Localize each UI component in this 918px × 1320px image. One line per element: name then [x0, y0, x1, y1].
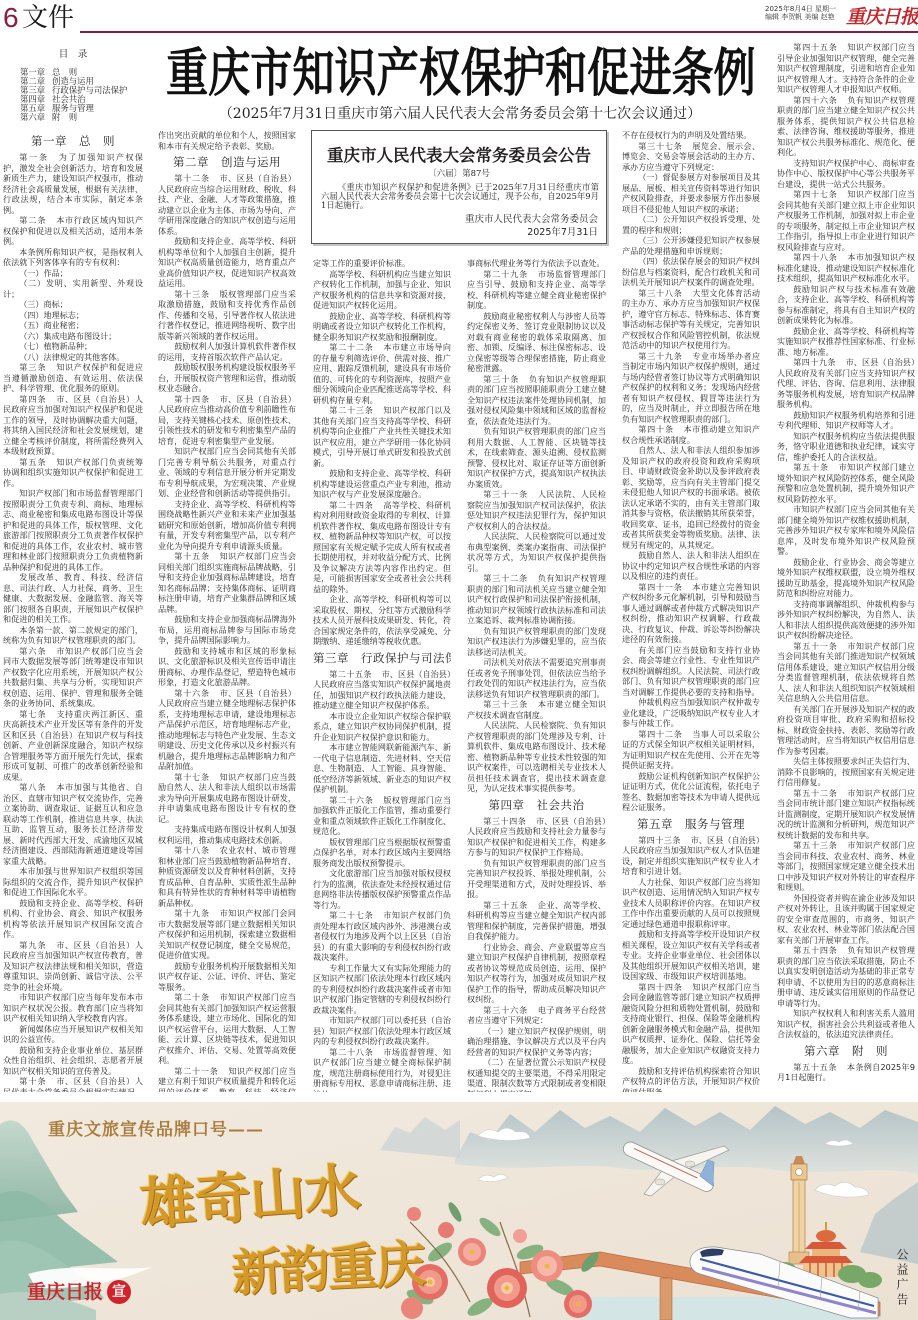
clause-paragraph: （六）集成电路布图设计； — [3, 331, 143, 342]
clause-paragraph: 本市设立企业知识产权综合保护联系点，建立知识产权协同保护机制，提升企业知识产权保… — [313, 711, 451, 743]
article-number: 第一条 — [19, 152, 49, 162]
brand-badge-icon: 宣 — [107, 1280, 131, 1304]
clause-paragraph: 自然人、法人和非法人组织参加涉及知识产权的政府投资和政府采购项目、申请财政资金补… — [622, 445, 760, 550]
article-number: 第二十八条 — [329, 1047, 374, 1057]
clause-paragraph: 市知识产权部门应当每年发布本市知识产权状况公报。教育部门应当将知识产权相关知识纳… — [3, 992, 143, 1024]
article-number: 第三十七条 — [638, 141, 683, 151]
clause-paragraph: 行业协会、商会、产业联盟等应当建立知识产权保护自律机制，按照章程或者协议等规范成… — [467, 942, 606, 1005]
clause-paragraph: （一）建立知识产权保护规则，明确治理措施、争议解决方式以及平台内经营者的知识产权… — [467, 1026, 606, 1058]
clause-paragraph: 仲裁机构应当加强知识产权仲裁专业化建设，广泛吸纳知识产权专业人才参与仲裁工作。 — [622, 697, 760, 729]
slogan-calligraphy-line-2: 新韵重庆 — [231, 1238, 425, 1300]
article-paragraph: 第五条知识产权部门负责统筹协调和组织实施知识产权保护和促进工作。 — [3, 457, 143, 489]
article-number: 第四十九条 — [793, 357, 836, 367]
article-number: 第九条 — [19, 940, 46, 950]
article-number: 第二十四条 — [329, 500, 374, 510]
article-number: 第四十五条 — [793, 42, 838, 52]
article-paragraph: 第三十七条展览会、展示会、博览会、交易会等展会活动的主办方、承办方应当遵守下列规… — [622, 141, 760, 173]
toc-chapter-title: 附 则 — [52, 112, 77, 122]
chapter-heading: 第二章 创造与运用 — [158, 151, 296, 173]
continued-paragraph: 定等工作的重要评价标准。 — [313, 258, 451, 269]
article-text: 专业市场举办者应当制定市场内知识产权保护规则，通过与场内经营者签订协议等方式明确… — [622, 351, 760, 424]
article-number: 第十六条 — [174, 688, 210, 698]
article-paragraph: 第三十四条市、区县（自治县）人民政府应当鼓励和支持社会力量参与知识产权保护和促进… — [467, 816, 606, 858]
article-text: 市知识产权部门应当会同其他有关部门加强知识产权运营服务体系建设，建立市场化、国际… — [158, 992, 296, 1065]
article-number: 第八条 — [19, 782, 46, 792]
article-number: 第三条 — [19, 362, 46, 372]
article-paragraph: 第三十九条专业市场举办者应当制定市场内知识产权保护规则，通过与场内经营者签订协议… — [622, 351, 760, 425]
clause-paragraph: （四）依法保存展会的知识产权纠纷信息与档案资料，配合行政机关和司法机关开展知识产… — [622, 256, 760, 288]
article-number: 第五十三条 — [793, 840, 838, 850]
clause-paragraph: 鼓励商业秘密权利人与涉密人员等约定保密义务、签订竞业限制协议以及对载有商业秘密的… — [467, 311, 606, 374]
clause-paragraph: 知识产权服务机构应当依法提供服务，恪守职业道德和执业纪律，诚实守信，维护委托人的… — [777, 431, 915, 463]
clause-paragraph: （一）作品； — [3, 268, 143, 279]
masthead-logo: 重庆日报 — [846, 4, 918, 30]
clause-paragraph: （七）植物新品种； — [3, 341, 143, 352]
article-number: 第二十六条 — [329, 795, 374, 805]
article-paragraph: 第四十九条市、区县（自治县）人民政府及有关部门应当支持知识产权代理、评估、咨询、… — [777, 357, 915, 410]
article-number: 第四条 — [19, 394, 46, 404]
article-paragraph: 第二十九条市场监督管理部门应当引导、鼓励和支持企业、高等学校、科研机构等建立健全… — [467, 269, 606, 311]
article-number: 第七条 — [19, 709, 46, 719]
section-name: 文件 — [22, 4, 74, 32]
article-paragraph: 第十二条市、区县（自治县）人民政府应当综合运用财政、税收、科技、产业、金融、人才… — [158, 173, 296, 236]
article-text: 支持重庆两江新区、重庆高新技术产业开发区等有条件的开发区和区县（自治县）在知识产… — [3, 709, 143, 782]
clause-paragraph: 市知识产权部门应当会同其他有关部门健全境外知识产权维权援助机制，完善涉外知识产权… — [777, 504, 915, 557]
clause-paragraph: 人民法院、人民检察院、负有知识产权管理职责的部门处理涉及专利、计算机软件、集成电… — [467, 720, 606, 794]
clause-paragraph: 新闻媒体应当开展知识产权相关知识的公益宣传。 — [3, 1024, 143, 1045]
article-paragraph: 第二十五条市、区县（自治县）人民政府应当落实知识产权保护属地责任，加强知识产权行… — [313, 669, 451, 711]
article-number: 第十八条 — [174, 845, 210, 855]
clause-paragraph: 鼓励和支持企业加强商标品牌海外布局，运用商标品牌参与国际市场竞争，提升品牌国际影… — [158, 614, 296, 646]
clause-paragraph: 支持知识产权保护中心、商标审查协作中心、版权保护中心等公共服务平台建设，提供一站… — [777, 158, 915, 190]
clause-paragraph: 发展改革、教育、科技、经济信息、司法行政、人力社保、商务、卫生健康、大数据发展、… — [3, 572, 143, 625]
ad-label: 公益广告 — [894, 1248, 911, 1308]
article-paragraph: 第二十六条版权管理部门应当加强软件正版化工作监管，推动重要行业和重点领域软件正版… — [313, 795, 451, 837]
article-paragraph: 第三十一条人民法院、人民检察院应当加强知识产权司法保护，依法惩处知识产权违法犯罪… — [467, 489, 606, 531]
article-number: 第六条 — [19, 646, 46, 656]
clause-paragraph: （八）法律规定的其他客体。 — [3, 352, 143, 363]
article-paragraph: 第十五条知识产权部门应当会同相关部门组织实施商标品牌战略，引导和支持企业加强商标… — [158, 551, 296, 614]
clause-paragraph: 有关部门在开展涉及知识产权的政府投资项目审批、政府采购和招标投标、财政资金扶持、… — [777, 704, 915, 757]
article-number: 第十七条 — [174, 772, 210, 782]
article-paragraph: 第五十二条市知识产权部门应当会同市统计部门建立知识产权指标统计监测制度，定期开展… — [777, 788, 915, 841]
article-paragraph: 第四十条本市推动建立知识产权合规性承诺制度。 — [622, 424, 760, 445]
chapter-heading: 第六章 附 则 — [777, 1040, 915, 1062]
text-column-6: 第四十五条知识产权部门应当引导企业加强知识产权管理，健全完善知识产权管理制度，引… — [777, 42, 915, 1092]
clause-paragraph: 专利工作量大又有实际处理能力的区知识产权部门依法处理本行政区域内的专利侵权纠纷行… — [313, 963, 451, 1016]
article-paragraph: 第二十二条本市建立市场导向的存量专利筛选评价、供需对接、推广应用、跟踪反馈机制，… — [313, 342, 451, 405]
article-paragraph: 第十条市、区县（自治县）人民代表大会常务委员会根据实际情况，采取听取和审议专项工… — [3, 1076, 143, 1092]
article-paragraph: 第四十二条当事人可以采取公证的方式保全知识产权相关证明材料，为证明知识产权在先使… — [622, 729, 760, 771]
article-paragraph: 第十四条市、区县（自治县）人民政府应当推动高价值专利前瞻性布局，支持关键核心技术… — [158, 394, 296, 447]
clause-paragraph: 鼓励知识产权服务机构培养和引进专利代理师、知识产权师等人才。 — [777, 410, 915, 431]
clause-paragraph: 支持商事调解组织、仲裁机构参与涉外知识产权纠纷解决，为自然人、法人和非法人组织提… — [777, 599, 915, 641]
chapter-heading: 第五章 服务与管理 — [622, 813, 760, 835]
clause-paragraph: 鼓励和支持高等学校开设知识产权相关课程，设立知识产权有关学科或者专业。支持企业事… — [622, 929, 760, 982]
clause-paragraph: 知识产权部门和市场监督管理部门按照职责分工负责专利、商标、地理标志、商业秘密和集… — [3, 488, 143, 572]
article-paragraph: 第十七条知识产权部门应当鼓励自然人、法人和非法人组织以市场需求为导向开展集成电路… — [158, 772, 296, 825]
clause-paragraph: （三）公开涉嫌侵犯知识产权参展产品的处理措施和申诉规则； — [622, 235, 760, 256]
chapter-heading: 第三章 行政保护与司法保护 — [313, 647, 451, 669]
article-paragraph: 第三十二条负有知识产权管理职责的部门和司法机关应当建立健全知识产权行政保护和司法… — [467, 573, 606, 626]
announcement-body: 《重庆市知识产权保护和促进条例》已于2025年7月31日经重庆市第六届人民代表大… — [321, 183, 599, 210]
article-paragraph: 第十六条市、区县（自治县）人民政府应当建立健全地理标志保护体系，支持地理标志申请… — [158, 688, 296, 772]
article-paragraph: 第一条为了加强知识产权保护，激发全社会创新活力，培育和发展新质生产力，建设知识产… — [3, 152, 143, 215]
article-paragraph: 第十九条市知识产权部门会同市大数据发展等部门建立数据相关知识产权保护和运用机制，… — [158, 908, 296, 961]
announcement-box: 重庆市人民代表大会常务委员会公告 〔六届〕第87号 《重庆市知识产权保护和促进条… — [311, 130, 607, 244]
issue-date: 2025年8月4日 星期一 — [765, 5, 847, 13]
clause-paragraph: 鼓励企业、高等学校、科研机构等实施知识产权推荐性国家标准、行业标准、地方标准。 — [777, 326, 915, 358]
article-paragraph: 第二十条市知识产权部门应当会同其他有关部门加强知识产权运营服务体系建设，建立市场… — [158, 992, 296, 1066]
text-column-5: 不存在侵权行为的声明及处置结果。第三十七条展览会、展示会、博览会、交易会等展会活… — [622, 130, 760, 1092]
toc-heading: 目 录 — [3, 48, 143, 61]
article-paragraph: 第四条市、区县（自治县）人民政府应当加强对知识产权保护和促进工作的领导，及时协调… — [3, 394, 143, 457]
header-rule — [80, 31, 918, 33]
article-paragraph: 第三十条负有知识产权管理职责的部门应当按照职能职责分工建立健全知识产权违法案件处… — [467, 374, 606, 427]
chapter-heading: 第四章 社会共治 — [467, 794, 606, 816]
clause-paragraph: （五）商业秘密； — [3, 320, 143, 331]
article-paragraph: 第三十八条大型文化体育活动的主办方、承办方应当加强知识产权保护，遵守官方标志、特… — [622, 288, 760, 351]
article-paragraph: 第四十三条市、区县（自治县）人民政府应当加强知识产权人才队伍建设，制定并组织实施… — [622, 835, 760, 877]
clause-paragraph: 人力社保、知识产权部门应当将知识产权创造、运用情况纳入知识产权专业技术人员职称评… — [622, 877, 760, 930]
clause-paragraph: 人民法院、人民检察院可以通过发布典型案例、类案办案指南、司法保护状况等方式，为知… — [467, 531, 606, 573]
article-paragraph: 第二条本市行政区域内知识产权保护和促进以及相关活动，适用本条例。 — [3, 215, 143, 247]
article-number: 第四十四条 — [638, 982, 683, 992]
page-title: 重庆市知识产权保护和促进条例 — [166, 46, 765, 102]
article-number: 第五十四条 — [793, 945, 838, 955]
clause-paragraph: 支持企业、高等学校、科研机构等围绕战略性新兴产业和未来产业加强基础研究和原始创新… — [158, 499, 296, 552]
clause-paragraph: 负有知识产权管理职责的部门应当完善知识产权投诉、举报处理机制，公开受理渠道和方式… — [467, 858, 606, 900]
clause-paragraph: 鼓励企业、高等学校、科研机构等明确或者设立知识产权转化工作机构，健全职务知识产权… — [313, 311, 451, 343]
announcement-issuer: 重庆市人民代表大会常务委员会 — [465, 214, 598, 225]
clause-paragraph: 鼓励和支持城市和区域的形象标识、文化旅游标识及相关宣传语申请注册商标、办理作品登… — [158, 646, 296, 688]
article-number: 第三十条 — [483, 374, 519, 384]
article-number: 第二条 — [19, 215, 46, 225]
article-number: 第四十六条 — [793, 95, 838, 105]
continued-paragraph: 作出突出贡献的单位和个人，按照国家和本市有关规定给予表彰、奖励。 — [158, 130, 296, 151]
text-column-2: 作出突出贡献的单位和个人，按照国家和本市有关规定给予表彰、奖励。第二章 创造与运… — [158, 130, 296, 1092]
article-number: 第四十二条 — [638, 729, 683, 739]
article-number: 第四十条 — [638, 424, 674, 434]
article-number: 第四十一条 — [638, 582, 683, 592]
article-paragraph: 第八条本市加强与其他省、自治区、直辖市知识产权交流协作，完善立案协助、调查取证、… — [3, 782, 143, 866]
article-paragraph: 第七条支持重庆两江新区、重庆高新技术产业开发区等有条件的开发区和区县（自治县）在… — [3, 709, 143, 783]
clause-paragraph: （二）发明、实用新型、外观设计； — [3, 278, 143, 299]
clause-paragraph: 司法机关对依法不需要追究刑事责任或者免予刑事处罚，但依法应当给予行政处罚的知识产… — [467, 657, 606, 699]
article-number: 第三十九条 — [638, 351, 683, 361]
continued-paragraph: 不存在侵权行为的声明及处置结果。 — [622, 130, 760, 141]
clause-paragraph: 文化旅游部门应当加强对版权侵权行为的监测，依法查处未经授权通过信息网络非法传播版… — [313, 868, 451, 910]
article-number: 第十二条 — [174, 173, 210, 183]
article-number: 第五十条 — [793, 462, 829, 472]
clause-paragraph: （一）督促参展方对参展项目及其展品、展板、相关宣传资料等进行知识产权风险排查，并… — [622, 172, 760, 214]
article-paragraph: 第四十八条本市加强知识产权标准化建设，推动建设知识产权标准化技术组织，提高知识产… — [777, 252, 915, 284]
announcement-number: 〔六届〕第87号 — [312, 169, 606, 179]
article-text: 本市加强与其他省、自治区、直辖市知识产权交流协作，完善立案协助、调查取证、证据互… — [3, 782, 143, 866]
continued-paragraph: 事商标代理业务等行为依法予以查处。 — [467, 258, 606, 269]
article-number: 第四十八条 — [793, 252, 838, 262]
article-paragraph: 第三条知识产权保护和促进应当遵循激励创造、有效运用、依法保护、科学管理、优化服务… — [3, 362, 143, 394]
clause-paragraph: 本市建立智能网联新能源汽车、新一代电子信息制造、先进材料、空天信息、生物制造、人… — [313, 742, 451, 795]
article-number: 第四十七条 — [793, 189, 838, 199]
article-paragraph: 第十三条版权管理部门应当采取激励措施，鼓励和支持优秀作品创作、传播和交易，引导著… — [158, 289, 296, 342]
clause-paragraph: 市知识产权部门可以委托县（自治县）知识产权部门依法处理本行政区域内的专利侵权纠纷… — [313, 1015, 451, 1047]
clause-paragraph: 版权管理部门应当根据版权预警重点保护名单，对本行政区域内主要网络服务商发出版权预… — [313, 837, 451, 869]
article-number: 第二十七条 — [329, 910, 374, 920]
article-text: 市、区县（自治县）人民政府应当建立健全地理标志保护体系，支持地理标志申请，建设地… — [158, 688, 296, 772]
slogan-label: 重庆文旅宣传品牌口号—— — [48, 1120, 264, 1140]
article-paragraph: 第四十六条负有知识产权管理职责的部门应当建立健全知识产权公共服务体系，提供知识产… — [777, 95, 915, 158]
article-text: 知识产权部门应当会同金融监管等部门建立知识产权质押融资风险分担和质物处置机制，鼓… — [622, 982, 760, 1066]
article-number: 第十五条 — [174, 551, 210, 561]
article-number: 第三十五条 — [483, 900, 528, 910]
clause-paragraph: 知识产权部门应当会同其他有关部门完善专利导航公共服务，对重点行业、领域的专利信息… — [158, 446, 296, 499]
article-paragraph: 第六条市知识产权部门应当会同市大数据发展等部门统筹建设市知识产权数字化应用系统，… — [3, 646, 143, 709]
clause-paragraph: 鼓励和支持企业、高等学校、科研机构、行业协会、商会、知识产权服务机构等依法开展知… — [3, 898, 143, 940]
article-paragraph: 第四十一条本市建立完善知识产权纠纷多元化解机制，引导和鼓励当事人通过调解或者仲裁… — [622, 582, 760, 645]
clause-paragraph: 支持集成电路布图设计权利人加强权利运用，推动集成电路技术创新。 — [158, 824, 296, 845]
clause-paragraph: 本条例所称知识产权，是指权利人依法就下列客体享有的专有权利： — [3, 247, 143, 268]
article-number: 第三十六条 — [483, 1005, 528, 1015]
clause-paragraph: 知识产权权利人和利害关系人滥用知识产权，损害社会公共利益或者他人合法权益的，依法… — [777, 1008, 915, 1040]
text-column-1: 第一章 总 则第一条为了加强知识产权保护，激发全社会创新活力，培育和发展新质生产… — [3, 130, 143, 1092]
page-subtitle: （2025年7月31日重庆市第六届人民代表大会常务委员会第十七次会议通过） — [150, 105, 770, 123]
article-number: 第二十九条 — [483, 269, 528, 279]
article-number: 第三十一条 — [483, 489, 528, 499]
article-number: 第十三条 — [174, 289, 210, 299]
page-number: 6 — [3, 3, 19, 33]
article-paragraph: 第五十五条本条例自2025年9月1日起施行。 — [777, 1062, 915, 1083]
article-paragraph: 第九条市、区县（自治县）人民政府应当加强知识产权宣传教育，普及知识产权法律法规和… — [3, 940, 143, 993]
clause-paragraph: 鼓励公证机构创新知识产权保护公证证明方式，优化公证流程，依托电子签名、数据加密等… — [622, 771, 760, 813]
article-number: 第五十二条 — [793, 788, 838, 798]
clause-paragraph: 本市加强与世界知识产权组织等国际组织的交流合作，提升知识产权保护和促进工作国际化… — [3, 866, 143, 898]
article-number: 第二十二条 — [329, 342, 374, 352]
public-service-ad-banner: 重庆文旅宣传品牌口号—— 雄奇山水 新韵重庆 重庆日报宣 公益广告 — [0, 1102, 918, 1320]
article-paragraph: 第二十一条知识产权部门应当建立有利于知识产权质量提升和转化运用的评价体系。教育、… — [158, 1066, 296, 1093]
article-number: 第十条 — [19, 1076, 46, 1086]
clause-paragraph: 企业、高等学校、科研机构等可以采取股权、期权、分红等方式激励科学技术人员开展科技… — [313, 594, 451, 647]
article-paragraph: 第四十七条知识产权部门应当会同其他有关部门建立拟上市企业知识产权服务工作机制，加… — [777, 189, 915, 252]
chapter-heading: 第一章 总 则 — [3, 130, 143, 152]
clause-paragraph: （三）商标； — [3, 299, 143, 310]
article-paragraph: 第五十一条市知识产权部门应当会同其他有关部门推进知识产权领域信用体系建设，建立知… — [777, 641, 915, 704]
clause-paragraph: 有关部门应当鼓励和支持行业协会、商会等建立行业性、专业性知识产权纠纷调解组织。人… — [622, 645, 760, 698]
article-paragraph: 第四十五条知识产权部门应当引导企业加强知识产权管理，健全完善知识产权管理制度，引… — [777, 42, 915, 95]
article-number: 第三十三条 — [483, 699, 528, 709]
toc-item: 第六章附 则 — [3, 113, 143, 122]
article-number: 第十四条 — [174, 394, 210, 404]
clause-paragraph: 鼓励权利人加强计算机软件著作权的运用，支持首版次软件产品认定。 — [158, 341, 296, 362]
clause-paragraph: 鼓励专业服务机构开展数据相关知识产权存证、公证、评价、评估、鉴定等服务。 — [158, 961, 296, 993]
clause-paragraph: （四）地理标志； — [3, 310, 143, 321]
clause-paragraph: 负有知识产权管理职责的部门发现知识产权违法行为涉嫌犯罪的，应当依法移送司法机关。 — [467, 626, 606, 658]
article-number: 第十九条 — [174, 908, 210, 918]
announcement-title: 重庆市人民代表大会常务委员会公告 — [312, 146, 606, 166]
clause-paragraph: 鼓励自然人、法人和非法人组织在协议中约定知识产权合规性承诺的内容以及相应的违约责… — [622, 550, 760, 582]
article-number: 第三十二条 — [483, 573, 528, 583]
text-column-3: 定等工作的重要评价标准。高等学校、科研机构应当建立知识产权转化工作机制，加强与企… — [313, 258, 451, 1092]
article-paragraph: 第三十三条本市建立健全知识产权技术调查官制度。 — [467, 699, 606, 720]
article-number: 第二十一条 — [174, 1066, 219, 1076]
article-text: 高等学校、科研机构对利用财政资金取得的专利权、计算机软件著作权、集成电路布图设计… — [313, 500, 451, 594]
article-number: 第二十五条 — [329, 669, 372, 679]
article-number: 第二十条 — [174, 992, 210, 1002]
clause-paragraph: 鼓励和支持企业、高等学校、科研机构等单位和个人加强自主创新，提升知识产权高质量创… — [158, 236, 296, 289]
clause-paragraph: 本条第一款、第二款规定的部门，统称为负有知识产权管理职责的部门。 — [3, 625, 143, 646]
issue-meta: 2025年8月4日 星期一 编辑 李贺帆 美编 赵艳 — [765, 5, 847, 21]
clause-paragraph: 鼓励和支持企业、高等学校、科研机构等建设运营重点产业专利池，推动知识产权与产业发… — [313, 468, 451, 500]
newspaper-page: 6 文件 2025年8月4日 星期一 编辑 李贺帆 美编 赵艳 重庆日报 重庆市… — [0, 0, 918, 1320]
article-paragraph: 第五十条市知识产权部门建立境外知识产权风险防控体系，健全风险预警和应急处置机制，… — [777, 462, 915, 504]
table-of-contents: 目 录 第一章总 则 第二章创造与运用 第三章行政保护与司法保护 第四章社会共治… — [3, 48, 143, 122]
clause-paragraph: 负有知识产权管理职责的部门应当利用大数据、人工智能、区块链等技术，在线索筛查、源… — [467, 426, 606, 489]
article-paragraph: 第二十八条市场监督管理、知识产权部门应当建立健全商标保护制度，规范注册商标使用行… — [313, 1047, 451, 1093]
article-paragraph: 第三十五条企业、高等学校、科研机构等应当建立健全知识产权内部管理和保护制度，完善… — [467, 900, 606, 942]
article-number: 第三十八条 — [638, 288, 683, 298]
brand-logo: 重庆日报宣 — [27, 1280, 131, 1304]
clause-paragraph: 失信主体按照要求纠正失信行为、消除不良影响的，按照国家有关规定进行信用修复。 — [777, 756, 915, 788]
article-paragraph: 第五十四条负有知识产权管理职责的部门应当依法采取措施，防止不以真实发明创造活动为… — [777, 945, 915, 1008]
article-number: 第二十三条 — [329, 405, 374, 415]
toc-chapter-number: 第六章 — [20, 113, 52, 122]
clause-paragraph: （二）在显著位置公示知识产权侵权通知提交的主要渠道，不得采用限定渠道、限制次数等… — [467, 1057, 606, 1092]
article-paragraph: 第三十六条电子商务平台经营者应当遵守下列规定： — [467, 1005, 606, 1026]
article-number: 第三十四条 — [483, 816, 526, 826]
article-number: 第五十五条 — [793, 1062, 837, 1072]
article-number: 第四十三条 — [638, 835, 681, 845]
article-paragraph: 第二十七条市知识产权部门负责处理本行政区域内涉外、涉港澳台或者侵权行为地涉及两个… — [313, 910, 451, 963]
article-paragraph: 第二十三条知识产权部门以及其他有关部门应当支持高等学校、科研机构等向企业推广产业… — [313, 405, 451, 468]
clause-paragraph: 鼓励企业、行业协会、商会等建立境外知识产权维权联盟，设立境外维权援助互助基金，提… — [777, 557, 915, 599]
article-paragraph: 第五十三条市知识产权部门应当会同市科技、农业农村、商务、林业等部门，按照国家规定… — [777, 840, 915, 893]
clause-paragraph: 鼓励知识产权与技术标准有效融合，支持企业、高等学校、科研机构等参与标准制定，将具… — [777, 284, 915, 326]
article-paragraph: 第二十四条高等学校、科研机构对利用财政资金取得的专利权、计算机软件著作权、集成电… — [313, 500, 451, 595]
clause-paragraph: 鼓励和支持评估机构探索符合知识产权特点的评估方法，开展知识产权价值评估服务。 — [622, 1066, 760, 1093]
clause-paragraph: 鼓励和支持企业事业单位、基层群众性自治组织、社会组织、志愿者开展知识产权相关知识… — [3, 1045, 143, 1077]
clause-paragraph: 高等学校、科研机构应当建立知识产权转化工作机制，加强与企业、知识产权服务机构的信… — [313, 269, 451, 311]
brand-name: 重庆日报 — [27, 1281, 103, 1303]
clause-paragraph: （二）公开知识产权投诉受理、处置的程序和规则； — [622, 214, 760, 235]
article-paragraph: 第四十四条知识产权部门应当会同金融监管等部门建立知识产权质押融资风险分担和质物处… — [622, 982, 760, 1066]
text-column-4: 事商标代理业务等行为依法予以查处。第二十九条市场监督管理部门应当引导、鼓励和支持… — [467, 258, 606, 1092]
announcement-date: 2025年7月31日 — [527, 227, 598, 238]
clause-paragraph: 鼓励版权服务机构建设版权服务平台，开展版权资产管理和运营，推动版权业态融合。 — [158, 362, 296, 394]
article-number: 第五十一条 — [793, 641, 838, 651]
article-paragraph: 第十八条农业农村、城市管理和林业部门应当鼓励植物新品种培育、种质资源研发以及育种… — [158, 845, 296, 908]
article-number: 第五条 — [19, 457, 46, 467]
editor-credits: 编辑 李贺帆 美编 赵艳 — [765, 13, 847, 21]
clause-paragraph: 外国投资者并购在渝企业涉及知识产权对外转让，且该并购属于国家规定的安全审查范围的… — [777, 893, 915, 946]
slogan-calligraphy-line-1: 雄奇山水 — [138, 1161, 362, 1234]
